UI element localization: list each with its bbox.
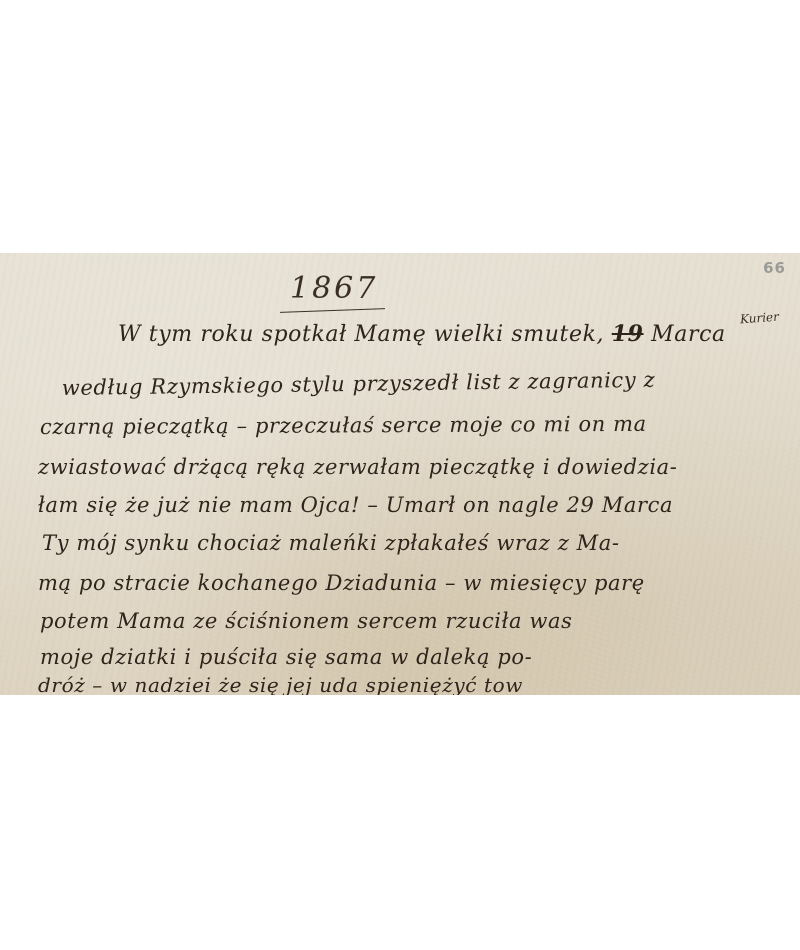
manuscript-line-5: łam się że już nie mam Ojca! – Umarł on … [38, 493, 673, 517]
line-1-text: W tym roku spotkał Mamę wielki smutek, [118, 322, 604, 347]
page-number: 66 [763, 259, 786, 277]
manuscript-line-2: według Rzymskiego stylu przyszedł list z… [62, 368, 656, 400]
manuscript-line-6: Ty mój synku chociaż maleńki zpłakałeś w… [42, 531, 620, 555]
heading-underline [280, 308, 385, 313]
manuscript-line-4: zwiastować drżącą ręką zerwałam pieczątk… [38, 455, 677, 479]
manuscript-line-1: W tym roku spotkał Mamę wielki smutek, 1… [118, 321, 726, 347]
manuscript-line-7: mą po stracie kochanego Dziadunia – w mi… [38, 571, 645, 595]
manuscript-line-3: czarną pieczątką – przeczułaś serce moje… [40, 412, 647, 439]
manuscript-line-10: dróż – w nadziei że się jej uda spienięż… [38, 673, 523, 695]
struck-date: 19 [612, 321, 644, 347]
manuscript-line-9: moje dziatki i puściła się sama w daleką… [40, 645, 532, 669]
margin-note: Kurier [740, 310, 780, 327]
manuscript-line-8: potem Mama ze ściśnionem sercem rzuciła … [40, 609, 573, 633]
line-1-month: Marca [651, 322, 726, 347]
year-heading: 1867 [290, 271, 378, 306]
manuscript-scan: 66 1867 Kurier W tym roku spotkał Mamę w… [0, 253, 800, 695]
